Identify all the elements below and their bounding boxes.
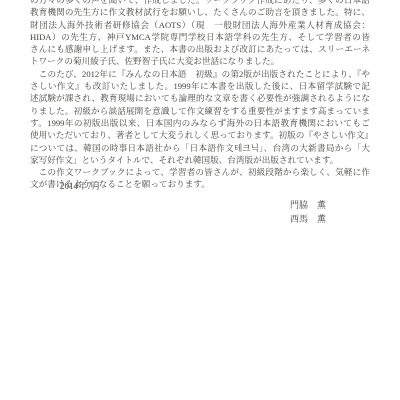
author-names: 門脇 薫 西馬 薫 [290,199,326,226]
preface-line: さしい作文』も改訂いたしました。1999年に本書を出版した後に、日本留学試験で記 [30,80,370,92]
preface-line: 財団法人海外技術者研修協会（AOTS）（現 一般財団法人海外産業人材育成協会： [30,19,370,31]
preface-line-paragraph-end: 家写好作文」というタイトルで、それぞれ韓国版、台湾版が出版されています。 [30,154,370,166]
preface-line: HIDA）の先生方、神戸YMCA学院専門学校日本語学科の先生方、そして学習者の皆 [30,31,370,43]
preface-line: りました。初級から談話展開を意識して作文練習をする重要性がますます高まっていま [30,105,370,117]
preface-line-paragraph-start: このたび、2012年に『みんなの日本語 初級』の第2版が出版されたことにより、『… [30,68,370,80]
preface-line: 述試験が課され、教育現場においても論理的な文章を書く必要性が強調されるようにな [30,92,370,104]
preface-line: については、韓国の時事日本語社から「日本語作文테크닉」、台湾の大新書局から「大 [30,142,370,154]
preface-body: の方々の多くの声を聞いて、作成しました。ワークブック作成にあたり、多くの日本語 … [30,0,370,191]
scanned-preface-page: の方々の多くの声を聞いて、作成しました。ワークブック作成にあたり、多くの日本語 … [0,0,400,400]
author-name: 門脇 薫 [290,199,326,213]
author-name: 西馬 薫 [290,213,326,227]
preface-line: さんにも感謝申し上げます。また、本書の出版および改訂にあたっては、スリーエーネッ [30,43,370,55]
preface-line: 使用いただいており、著者として大変うれしく思っております。初版の『やさしい作文』 [30,129,370,141]
preface-line-paragraph-end: トワークの菊川綾子氏、佐野智子氏に大変お世話になりました。 [30,55,370,67]
preface-date: 2014年7月 [60,181,101,191]
preface-line: す。1999年の初版出版以来、日本国内のみならず海外の日本語教育機関においてもご [30,117,370,129]
preface-line-paragraph-start: この作文ワークブックによって、学習者の皆さんが、初級段階から楽しく、気軽に作 [30,166,370,178]
preface-line: 教育機関の先生方に作文教材試行をお願いし、たくさんのご助言を頂きました。特に、 [30,6,370,18]
